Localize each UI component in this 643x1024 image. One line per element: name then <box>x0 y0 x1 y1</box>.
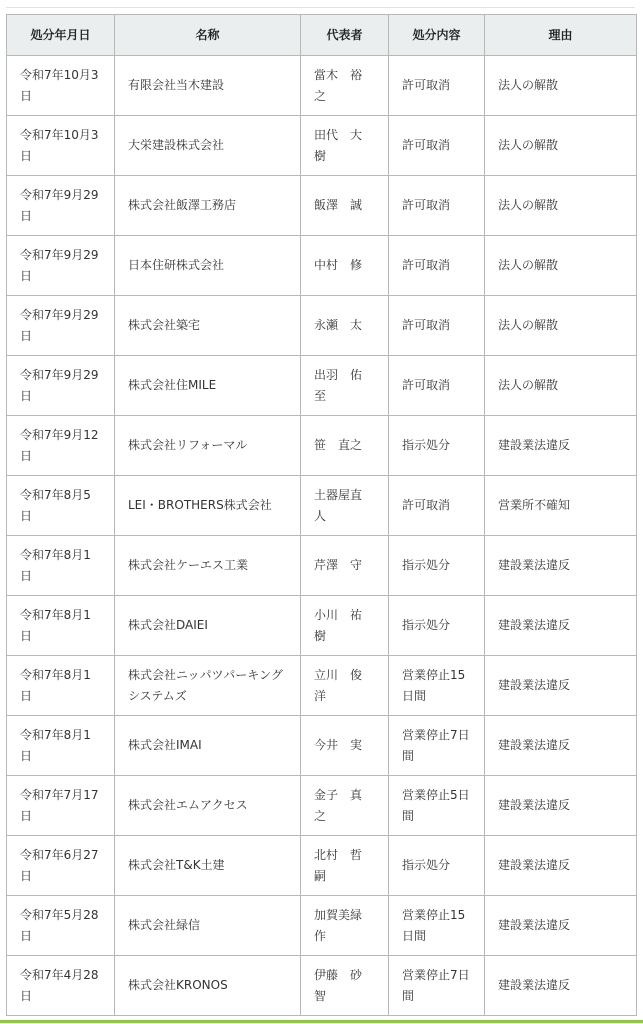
cell-date: 令和7年8月1日 <box>7 596 115 656</box>
cell-date: 令和7年6月27日 <box>7 836 115 896</box>
table-row: 令和7年8月1日 株式会社DAIEI 小川 祐樹 指示処分 建設業法違反 <box>7 596 637 656</box>
cell-date: 令和7年8月1日 <box>7 656 115 716</box>
table-header-row: 処分年月日 名称 代表者 処分内容 理由 <box>7 15 637 56</box>
cell-name: 株式会社飯澤工務店 <box>115 176 301 236</box>
cell-reason: 建設業法違反 <box>485 416 637 476</box>
cell-name: 株式会社住MILE <box>115 356 301 416</box>
cell-name: 有限会社当木建設 <box>115 56 301 116</box>
table-row: 令和7年9月29日 日本住研株式会社 中村 修 許可取消 法人の解散 <box>7 236 637 296</box>
cell-action: 許可取消 <box>389 56 485 116</box>
cell-action: 営業停止5日間 <box>389 776 485 836</box>
cell-name: 株式会社IMAI <box>115 716 301 776</box>
table-row: 令和7年10月3日 大栄建設株式会社 田代 大樹 許可取消 法人の解散 <box>7 116 637 176</box>
cell-representative: 田代 大樹 <box>301 116 389 176</box>
cell-date: 令和7年8月1日 <box>7 536 115 596</box>
cell-date: 令和7年9月29日 <box>7 236 115 296</box>
cell-reason: 建設業法違反 <box>485 836 637 896</box>
cell-reason: 法人の解散 <box>485 56 637 116</box>
cell-name: 日本住研株式会社 <box>115 236 301 296</box>
cell-reason: 法人の解散 <box>485 356 637 416</box>
header-action: 処分内容 <box>389 15 485 56</box>
header-representative: 代表者 <box>301 15 389 56</box>
table-row: 令和7年8月1日 株式会社IMAI 今井 実 営業停止7日間 建設業法違反 <box>7 716 637 776</box>
table-row: 令和7年9月29日 株式会社住MILE 出羽 佑至 許可取消 法人の解散 <box>7 356 637 416</box>
cell-reason: 法人の解散 <box>485 296 637 356</box>
cell-representative: 加賀美緑作 <box>301 896 389 956</box>
cell-reason: 法人の解散 <box>485 116 637 176</box>
cell-name: 大栄建設株式会社 <box>115 116 301 176</box>
cell-reason: 営業所不確知 <box>485 476 637 536</box>
table-row: 令和7年8月1日 株式会社ニッパツパーキングシステムズ 立川 俊洋 営業停止15… <box>7 656 637 716</box>
cell-name: LEI・BROTHERS株式会社 <box>115 476 301 536</box>
cell-reason: 建設業法違反 <box>485 716 637 776</box>
table-row: 令和7年5月28日 株式会社緑信 加賀美緑作 営業停止15日間 建設業法違反 <box>7 896 637 956</box>
cell-representative: 芹澤 守 <box>301 536 389 596</box>
cell-representative: 北村 哲嗣 <box>301 836 389 896</box>
cell-action: 許可取消 <box>389 296 485 356</box>
cell-name: 株式会社KRONOS <box>115 956 301 1016</box>
cell-representative: 笹 直之 <box>301 416 389 476</box>
cell-name: 株式会社ケーエス工業 <box>115 536 301 596</box>
table-row: 令和7年9月12日 株式会社リフォーマル 笹 直之 指示処分 建設業法違反 <box>7 416 637 476</box>
table-row: 令和7年8月1日 株式会社ケーエス工業 芹澤 守 指示処分 建設業法違反 <box>7 536 637 596</box>
cell-representative: 出羽 佑至 <box>301 356 389 416</box>
header-date: 処分年月日 <box>7 15 115 56</box>
table-row: 令和7年4月28日 株式会社KRONOS 伊藤 砂智 営業停止7日間 建設業法違… <box>7 956 637 1016</box>
cell-representative: 永瀬 太 <box>301 296 389 356</box>
cell-reason: 建設業法違反 <box>485 656 637 716</box>
cell-date: 令和7年10月3日 <box>7 116 115 176</box>
table-row: 令和7年9月29日 株式会社築宅 永瀬 太 許可取消 法人の解散 <box>7 296 637 356</box>
cell-action: 指示処分 <box>389 836 485 896</box>
cell-reason: 建設業法違反 <box>485 776 637 836</box>
cell-representative: 土器屋直人 <box>301 476 389 536</box>
cell-representative: 今井 実 <box>301 716 389 776</box>
cell-representative: 立川 俊洋 <box>301 656 389 716</box>
table-row: 令和7年7月17日 株式会社エムアクセス 金子 真之 営業停止5日間 建設業法違… <box>7 776 637 836</box>
disciplinary-actions-table-container: 処分年月日 名称 代表者 処分内容 理由 令和7年10月3日 有限会社当木建設 … <box>6 14 636 1016</box>
cell-action: 営業停止15日間 <box>389 896 485 956</box>
cell-action: 許可取消 <box>389 236 485 296</box>
cell-action: 営業停止7日間 <box>389 716 485 776</box>
cell-reason: 法人の解散 <box>485 176 637 236</box>
cell-reason: 法人の解散 <box>485 236 637 296</box>
cell-name: 株式会社T&K土建 <box>115 836 301 896</box>
cell-date: 令和7年9月29日 <box>7 356 115 416</box>
table-row: 令和7年10月3日 有限会社当木建設 當木 裕之 許可取消 法人の解散 <box>7 56 637 116</box>
cell-name: 株式会社ニッパツパーキングシステムズ <box>115 656 301 716</box>
cell-reason: 建設業法違反 <box>485 956 637 1016</box>
cell-representative: 當木 裕之 <box>301 56 389 116</box>
cell-date: 令和7年5月28日 <box>7 896 115 956</box>
cell-date: 令和7年4月28日 <box>7 956 115 1016</box>
cell-action: 許可取消 <box>389 356 485 416</box>
top-divider <box>6 7 635 8</box>
cell-name: 株式会社リフォーマル <box>115 416 301 476</box>
cell-action: 指示処分 <box>389 596 485 656</box>
cell-name: 株式会社DAIEI <box>115 596 301 656</box>
cell-date: 令和7年10月3日 <box>7 56 115 116</box>
header-name: 名称 <box>115 15 301 56</box>
green-accent-line <box>0 1020 643 1023</box>
table-row: 令和7年8月5日 LEI・BROTHERS株式会社 土器屋直人 許可取消 営業所… <box>7 476 637 536</box>
cell-date: 令和7年9月29日 <box>7 296 115 356</box>
table-row: 令和7年6月27日 株式会社T&K土建 北村 哲嗣 指示処分 建設業法違反 <box>7 836 637 896</box>
cell-action: 指示処分 <box>389 536 485 596</box>
cell-name: 株式会社緑信 <box>115 896 301 956</box>
cell-action: 指示処分 <box>389 416 485 476</box>
cell-date: 令和7年8月1日 <box>7 716 115 776</box>
cell-action: 営業停止7日間 <box>389 956 485 1016</box>
disciplinary-actions-table: 処分年月日 名称 代表者 処分内容 理由 令和7年10月3日 有限会社当木建設 … <box>6 14 637 1016</box>
cell-representative: 金子 真之 <box>301 776 389 836</box>
cell-reason: 建設業法違反 <box>485 896 637 956</box>
cell-action: 許可取消 <box>389 476 485 536</box>
cell-name: 株式会社エムアクセス <box>115 776 301 836</box>
table-row: 令和7年9月29日 株式会社飯澤工務店 飯澤 誠 許可取消 法人の解散 <box>7 176 637 236</box>
cell-representative: 飯澤 誠 <box>301 176 389 236</box>
cell-date: 令和7年8月5日 <box>7 476 115 536</box>
cell-reason: 建設業法違反 <box>485 536 637 596</box>
bottom-accent-bar <box>0 1019 643 1024</box>
cell-action: 許可取消 <box>389 176 485 236</box>
cell-action: 営業停止15日間 <box>389 656 485 716</box>
cell-name: 株式会社築宅 <box>115 296 301 356</box>
header-reason: 理由 <box>485 15 637 56</box>
table-body: 令和7年10月3日 有限会社当木建設 當木 裕之 許可取消 法人の解散 令和7年… <box>7 56 637 1016</box>
cell-representative: 伊藤 砂智 <box>301 956 389 1016</box>
cell-reason: 建設業法違反 <box>485 596 637 656</box>
cell-date: 令和7年9月29日 <box>7 176 115 236</box>
cell-action: 許可取消 <box>389 116 485 176</box>
cell-representative: 中村 修 <box>301 236 389 296</box>
cell-date: 令和7年7月17日 <box>7 776 115 836</box>
cell-date: 令和7年9月12日 <box>7 416 115 476</box>
cell-representative: 小川 祐樹 <box>301 596 389 656</box>
